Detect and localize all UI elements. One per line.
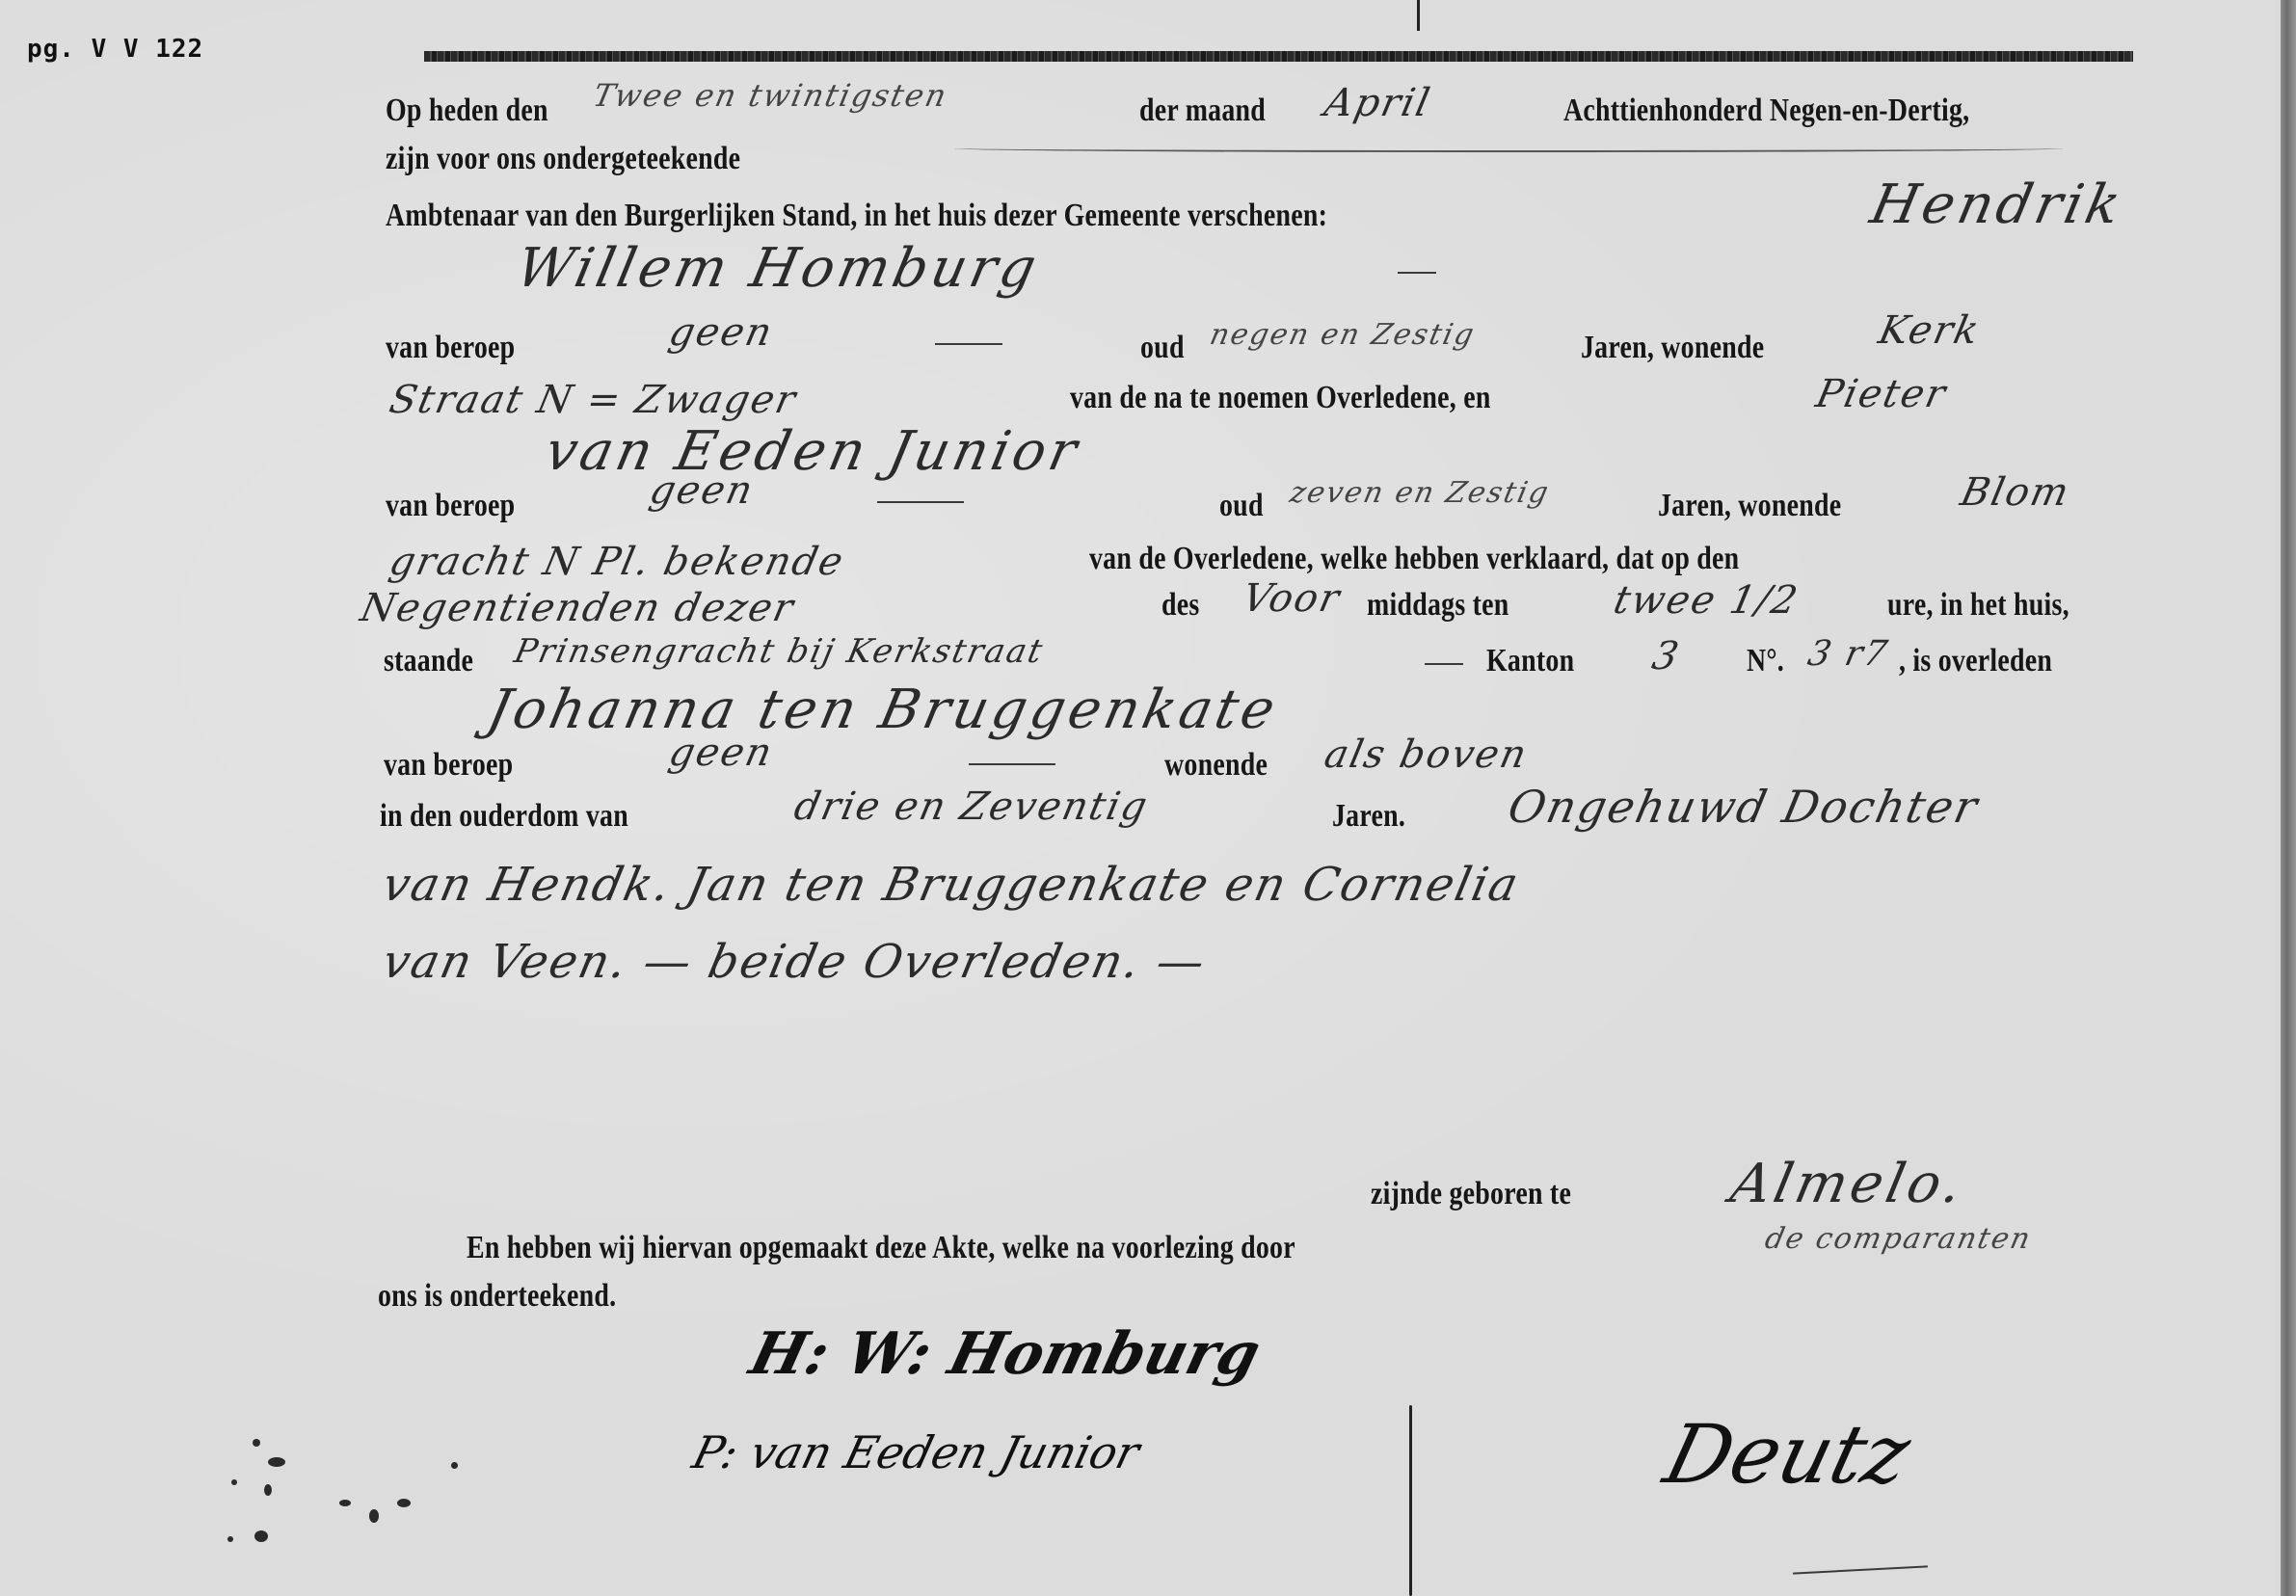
hw-house-number: 3 r7 (1804, 634, 1892, 674)
hw-declarant2-rest: van Eeden Junior (540, 420, 1086, 483)
hw-address2-b: gracht N Pl. bekende (386, 540, 848, 584)
printed-op-heden-den: Op heden den (386, 93, 548, 129)
printed-kanton: Kanton (1486, 643, 1574, 679)
hw-voorlezing-door: de comparanten (1762, 1222, 2035, 1256)
printed-akte-line2: ons is onderteekend. (378, 1278, 616, 1315)
signature-official: Deutz (1656, 1407, 1920, 1502)
printed-der-maand: der maand (1139, 93, 1266, 129)
ink-speck (264, 1484, 272, 1496)
printed-des: des (1161, 587, 1199, 624)
hw-remark-2: van Hendk. Jan ten Bruggenkate en Cornel… (378, 858, 1525, 912)
dash (1425, 663, 1463, 665)
dash (935, 343, 1002, 345)
printed-jaren-wonende-2: Jaren, wonende (1658, 488, 1841, 524)
printed-oud-1: oud (1140, 330, 1185, 366)
hw-location: Prinsengracht bij Kerkstraat (511, 632, 1048, 671)
printed-verklaard: van de Overledene, welke hebben verklaar… (1089, 541, 1739, 577)
ink-speck (451, 1462, 458, 1469)
fill-line (954, 145, 2063, 152)
hw-hour: twee 1/2 (1610, 578, 1803, 623)
ink-speck (253, 1439, 260, 1447)
printed-van-beroep-2: van beroep (386, 488, 515, 524)
hw-age3: drie en Zeventig (790, 785, 1153, 829)
printed-wonende-3: wonende (1164, 747, 1268, 784)
printed-staande: staande (384, 643, 473, 679)
hw-remark-1: Ongehuwd Dochter (1504, 781, 1984, 833)
hw-declarant1-first: Hendrik (1865, 173, 2129, 236)
ink-speck (397, 1499, 411, 1507)
hw-address1-a: Kerk (1875, 308, 1985, 353)
printed-year: Achttienhonderd Negen-en-Dertig, (1563, 93, 1969, 129)
hw-age2: zeven en Zestig (1287, 476, 1553, 510)
ink-speck (254, 1530, 268, 1542)
printed-van-beroep-1: van beroep (386, 330, 515, 366)
page-label: pg. V V 122 (27, 35, 203, 64)
signature-declarant1: H: W: Homburg (743, 1320, 1267, 1388)
printed-zijnde-geboren: zijnde geboren te (1371, 1176, 1571, 1212)
ink-speck (339, 1500, 351, 1506)
signature-declarant2: P: van Eeden Junior (687, 1426, 1144, 1478)
printed-jaren-wonende-1: Jaren, wonende (1581, 330, 1764, 366)
hw-beroep1: geen (665, 310, 777, 355)
hw-declarant2-first: Pieter (1812, 372, 1951, 416)
hw-address2-a: Blom (1957, 470, 2074, 515)
printed-ouderdom: in den ouderdom van (380, 798, 628, 835)
dash (1398, 272, 1436, 274)
hw-address1-b: Straat N = Zwager (386, 378, 801, 422)
ink-speck (369, 1509, 379, 1523)
hw-day: Twee en twintigsten (590, 77, 951, 114)
printed-oud-2: oud (1219, 488, 1264, 524)
hw-beroep2: geen (646, 468, 758, 513)
hw-declarant1-rest: Willem Homburg (511, 237, 1045, 300)
dash (877, 501, 964, 503)
hw-remark-3: van Veen. — beide Overleden. — (378, 935, 1212, 989)
hw-month: April (1321, 81, 1435, 125)
printed-na-te-noemen: van de na te noemen Overledene, en (1070, 380, 1491, 416)
printed-ure-huis: ure, in het huis, (1887, 587, 2069, 624)
printed-zijn-voor-ons: zijn voor ons ondergeteekende (386, 141, 740, 177)
printed-is-overleden: , is overleden (1899, 643, 2052, 679)
ink-speck (268, 1457, 285, 1467)
ink-speck (231, 1479, 237, 1485)
printed-ambtenaar: Ambtenaar van den Burgerlijken Stand, in… (386, 198, 1327, 234)
header-rule (424, 51, 2133, 62)
hw-date-death: Negentienden dezer (357, 586, 799, 630)
printed-nummer: N°. (1747, 643, 1784, 679)
signature-brace (1409, 1405, 1412, 1596)
hw-age1: negen en Zestig (1207, 318, 1479, 352)
hw-wonende3: als boven (1321, 732, 1532, 777)
dash (969, 763, 1055, 765)
page-edge-border (2281, 0, 2296, 1596)
printed-middags-ten: middags ten (1367, 587, 1509, 624)
hw-voor: Voor (1239, 576, 1345, 621)
printed-van-beroep-3: van beroep (384, 747, 513, 784)
printed-jaren-3: Jaren. (1332, 798, 1405, 835)
top-ink-mark (1417, 0, 1420, 31)
hw-beroep3: geen (665, 731, 777, 775)
hw-deceased-name: Johanna ten Bruggenkate (482, 678, 1284, 741)
printed-akte-line1: En hebben wij hiervan opgemaakt deze Akt… (467, 1230, 1295, 1266)
hw-birthplace: Almelo. (1725, 1153, 1971, 1215)
ink-speck (227, 1536, 233, 1542)
